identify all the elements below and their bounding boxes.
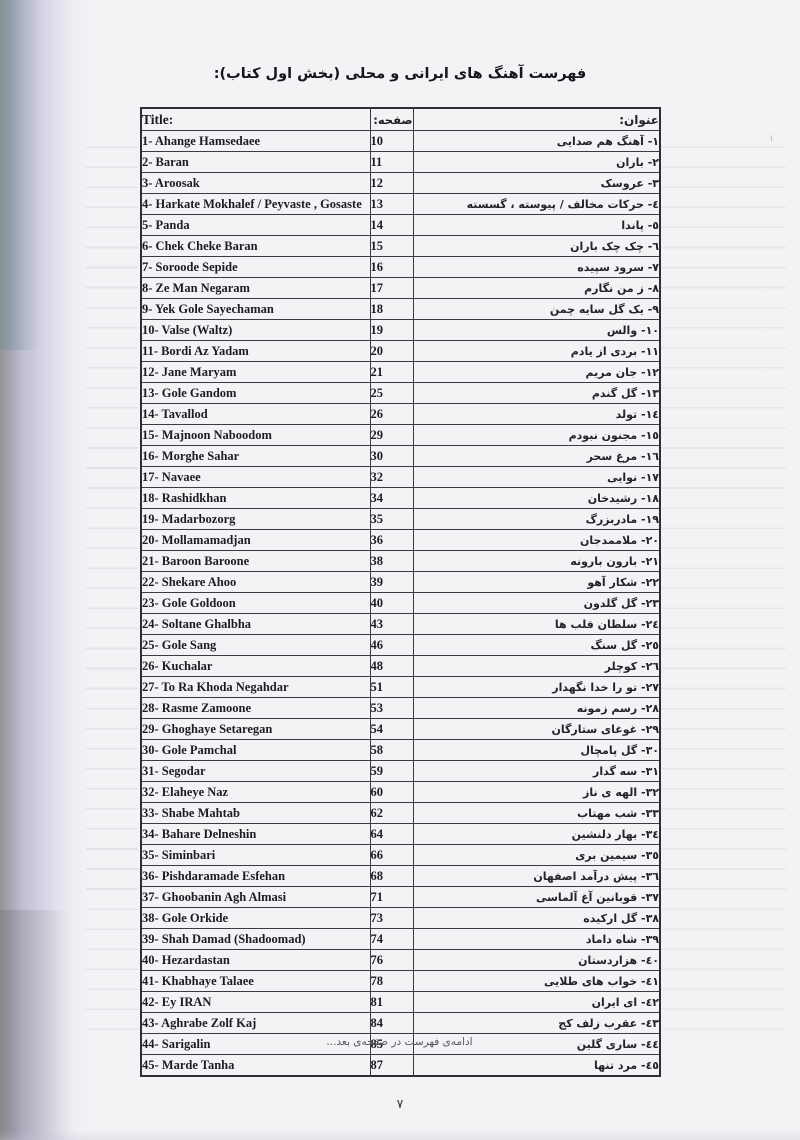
- song-page-number: 14: [370, 215, 413, 236]
- song-page-number: 73: [370, 908, 413, 929]
- song-title-en: 8- Ze Man Negaram: [141, 278, 370, 299]
- song-title-fa: ٢- باران: [413, 152, 660, 173]
- song-page-number: 35: [370, 509, 413, 530]
- song-title-fa: ١- آهنگ هم صدایی: [413, 131, 660, 152]
- table-row: 7- Soroode Sepide16٧- سرود سپیده: [141, 257, 660, 278]
- song-title-en: 18- Rashidkhan: [141, 488, 370, 509]
- table-row: 8- Ze Man Negaram17٨- ز من نگارم: [141, 278, 660, 299]
- song-title-en: 1- Ahange Hamsedaee: [141, 131, 370, 152]
- song-page-number: 17: [370, 278, 413, 299]
- scanned-book-page: { "page": { "heading": "فهرست آهنگ های ا…: [0, 0, 800, 1140]
- song-page-number: 18: [370, 299, 413, 320]
- song-title-en: 39- Shah Damad (Shadoomad): [141, 929, 370, 950]
- table-row: 9- Yek Gole Sayechaman18٩- یک گل سایه چم…: [141, 299, 660, 320]
- table-row: 15- Majnoon Naboodom29١٥- مجنون نبودم: [141, 425, 660, 446]
- song-page-number: 48: [370, 656, 413, 677]
- song-page-number: 66: [370, 845, 413, 866]
- scan-row-artifact-left: [86, 128, 138, 1030]
- table-row: 33- Shabe Mahtab62٣٣- شب مهتاب: [141, 803, 660, 824]
- table-row: 24- Soltane Ghalbha43٢٤- سلطان قلب ها: [141, 614, 660, 635]
- song-title-en: 12- Jane Maryam: [141, 362, 370, 383]
- song-title-en: 33- Shabe Mahtab: [141, 803, 370, 824]
- song-title-fa: ٤- حرکات مخالف / پیوسته ، گسسته: [413, 194, 660, 215]
- song-page-number: 74: [370, 929, 413, 950]
- song-title-en: 5- Panda: [141, 215, 370, 236]
- table-header-row: Title: صفحه: عنوان:: [141, 108, 660, 131]
- song-page-number: 10: [370, 131, 413, 152]
- song-title-fa: ٣٣- شب مهتاب: [413, 803, 660, 824]
- song-title-fa: ١٩- مادربزرگ: [413, 509, 660, 530]
- song-page-number: 54: [370, 719, 413, 740]
- song-title-en: 42- Ey IRAN: [141, 992, 370, 1013]
- song-page-number: 58: [370, 740, 413, 761]
- table-row: 16- Morghe Sahar30١٦- مرغ سحر: [141, 446, 660, 467]
- song-title-en: 35- Siminbari: [141, 845, 370, 866]
- table-row: 41- Khabhaye Talaee78٤١- خواب های طلایی: [141, 971, 660, 992]
- song-title-fa: ٤٣- عقرب زلف کج: [413, 1013, 660, 1034]
- song-title-fa: ٣٤- بهار دلنشین: [413, 824, 660, 845]
- song-title-en: 37- Ghoobanin Agh Almasi: [141, 887, 370, 908]
- table-row: 29- Ghoghaye Setaregan54٢٩- غوغای ستارگا…: [141, 719, 660, 740]
- page-heading: فهرست آهنگ های ایرانی و محلی (بخش اول کت…: [0, 66, 800, 82]
- song-page-number: 16: [370, 257, 413, 278]
- song-title-fa: ٢٨- رسم زمونه: [413, 698, 660, 719]
- song-page-number: 53: [370, 698, 413, 719]
- song-title-fa: ١٥- مجنون نبودم: [413, 425, 660, 446]
- song-title-en: 40- Hezardastan: [141, 950, 370, 971]
- song-page-number: 64: [370, 824, 413, 845]
- table-row: 11- Bordi Az Yadam20١١- بردی از یادم: [141, 341, 660, 362]
- table-row: 10- Valse (Waltz)19١٠- والس: [141, 320, 660, 341]
- song-page-number: 78: [370, 971, 413, 992]
- song-title-fa: ٧- سرود سپیده: [413, 257, 660, 278]
- scan-bottom-edge: [0, 1130, 800, 1140]
- song-title-en: 14- Tavallod: [141, 404, 370, 425]
- song-title-en: 25- Gole Sang: [141, 635, 370, 656]
- table-row: 26- Kuchalar48٢٦- کوچلر: [141, 656, 660, 677]
- song-index-table: Title: صفحه: عنوان: 1- Ahange Hamsedaee1…: [140, 107, 661, 1077]
- song-title-fa: ٣- عروسک: [413, 173, 660, 194]
- scan-stray-mark: ۱: [769, 134, 774, 144]
- table-row: 30- Gole Pamchal58٣٠- گل پامچال: [141, 740, 660, 761]
- song-title-fa: ٣٢- الهه ی ناز: [413, 782, 660, 803]
- table-row: 28- Rasme Zamoone53٢٨- رسم زمونه: [141, 698, 660, 719]
- song-page-number: 15: [370, 236, 413, 257]
- song-title-fa: ٣٩- شاه داماد: [413, 929, 660, 950]
- song-title-fa: ١١- بردی از یادم: [413, 341, 660, 362]
- table-row: 32- Elaheye Naz60٣٢- الهه ی ناز: [141, 782, 660, 803]
- song-title-en: 11- Bordi Az Yadam: [141, 341, 370, 362]
- song-page-number: 76: [370, 950, 413, 971]
- song-title-en: 27- To Ra Khoda Negahdar: [141, 677, 370, 698]
- song-title-en: 7- Soroode Sepide: [141, 257, 370, 278]
- table-row: 25- Gole Sang46٢٥- گل سنگ: [141, 635, 660, 656]
- song-title-fa: ١٣- گل گندم: [413, 383, 660, 404]
- table-row: 42- Ey IRAN81٤٢- ای ایران: [141, 992, 660, 1013]
- song-page-number: 12: [370, 173, 413, 194]
- table-row: 1- Ahange Hamsedaee10١- آهنگ هم صدایی: [141, 131, 660, 152]
- song-title-fa: ١٤- تولد: [413, 404, 660, 425]
- song-title-fa: ٢١- بارون بارونه: [413, 551, 660, 572]
- song-title-fa: ٢٢- شکار آهو: [413, 572, 660, 593]
- song-title-en: 43- Aghrabe Zolf Kaj: [141, 1013, 370, 1034]
- table-row: 23- Gole Goldoon40٢٣- گل گلدون: [141, 593, 660, 614]
- song-title-en: 13- Gole Gandom: [141, 383, 370, 404]
- scan-row-artifact-right: [661, 128, 786, 1030]
- song-title-en: 26- Kuchalar: [141, 656, 370, 677]
- song-table-body: 1- Ahange Hamsedaee10١- آهنگ هم صدایی2- …: [141, 131, 660, 1077]
- song-title-en: 30- Gole Pamchal: [141, 740, 370, 761]
- song-title-en: 10- Valse (Waltz): [141, 320, 370, 341]
- song-page-number: 62: [370, 803, 413, 824]
- table-row: 20- Mollamamadjan36٢٠- ملاممدجان: [141, 530, 660, 551]
- song-title-en: 23- Gole Goldoon: [141, 593, 370, 614]
- song-title-en: 2- Baran: [141, 152, 370, 173]
- song-title-fa: ٤٠- هزاردستان: [413, 950, 660, 971]
- song-page-number: 40: [370, 593, 413, 614]
- song-title-en: 20- Mollamamadjan: [141, 530, 370, 551]
- song-title-fa: ٣١- سه گدار: [413, 761, 660, 782]
- song-title-fa: ٢٧- تو را خدا نگهدار: [413, 677, 660, 698]
- song-page-number: 43: [370, 614, 413, 635]
- song-page-number: 26: [370, 404, 413, 425]
- song-page-number: 60: [370, 782, 413, 803]
- song-title-en: 45- Marde Tanha: [141, 1055, 370, 1077]
- table-row: 6- Chek Cheke Baran15٦- چک چک باران: [141, 236, 660, 257]
- song-title-fa: ٤١- خواب های طلایی: [413, 971, 660, 992]
- song-title-fa: ٢٤- سلطان قلب ها: [413, 614, 660, 635]
- song-title-en: 19- Madarbozorg: [141, 509, 370, 530]
- song-title-fa: ٦- چک چک باران: [413, 236, 660, 257]
- song-title-fa: ٣٨- گل ارکیده: [413, 908, 660, 929]
- song-title-fa: ٨- ز من نگارم: [413, 278, 660, 299]
- song-page-number: 21: [370, 362, 413, 383]
- song-title-fa: ٣٧- قوبانین آغ آلماسی: [413, 887, 660, 908]
- table-row: 34- Bahare Delneshin64٣٤- بهار دلنشین: [141, 824, 660, 845]
- table-row: 43- Aghrabe Zolf Kaj84٤٣- عقرب زلف کج: [141, 1013, 660, 1034]
- song-page-number: 25: [370, 383, 413, 404]
- song-title-en: 36- Pishdaramade Esfehan: [141, 866, 370, 887]
- song-title-fa: ٤٥- مرد تنها: [413, 1055, 660, 1077]
- table-row: 21- Baroon Baroone38٢١- بارون بارونه: [141, 551, 660, 572]
- song-title-fa: ٥- پاندا: [413, 215, 660, 236]
- song-title-fa: ٢٠- ملاممدجان: [413, 530, 660, 551]
- song-title-fa: ٣٠- گل پامچال: [413, 740, 660, 761]
- song-page-number: 13: [370, 194, 413, 215]
- song-title-en: 4- Harkate Mokhalef / Peyvaste , Gosaste: [141, 194, 370, 215]
- song-title-en: 3- Aroosak: [141, 173, 370, 194]
- song-title-en: 41- Khabhaye Talaee: [141, 971, 370, 992]
- song-page-number: 38: [370, 551, 413, 572]
- song-title-fa: ١٧- نوایی: [413, 467, 660, 488]
- footer-note: ادامه‌ی فهرست در صفحه‌ی بعد...: [140, 1036, 659, 1048]
- song-page-number: 68: [370, 866, 413, 887]
- song-title-en: 21- Baroon Baroone: [141, 551, 370, 572]
- table-row: 37- Ghoobanin Agh Almasi71٣٧- قوبانین آغ…: [141, 887, 660, 908]
- song-page-number: 32: [370, 467, 413, 488]
- table-row: 3- Aroosak12٣- عروسک: [141, 173, 660, 194]
- table-row: 40- Hezardastan76٤٠- هزاردستان: [141, 950, 660, 971]
- song-title-fa: ١٠- والس: [413, 320, 660, 341]
- song-page-number: 59: [370, 761, 413, 782]
- song-page-number: 87: [370, 1055, 413, 1077]
- column-header-title-fa: عنوان:: [413, 108, 660, 131]
- table-row: 38- Gole Orkide73٣٨- گل ارکیده: [141, 908, 660, 929]
- song-page-number: 51: [370, 677, 413, 698]
- table-row: 17- Navaee32١٧- نوایی: [141, 467, 660, 488]
- song-title-en: 17- Navaee: [141, 467, 370, 488]
- table-row: 27- To Ra Khoda Negahdar51٢٧- تو را خدا …: [141, 677, 660, 698]
- song-page-number: 11: [370, 152, 413, 173]
- table-row: 5- Panda14٥- پاندا: [141, 215, 660, 236]
- song-title-en: 24- Soltane Ghalbha: [141, 614, 370, 635]
- song-title-fa: ٣٥- سیمین بری: [413, 845, 660, 866]
- song-title-en: 22- Shekare Ahoo: [141, 572, 370, 593]
- song-page-number: 84: [370, 1013, 413, 1034]
- table-row: 22- Shekare Ahoo39٢٢- شکار آهو: [141, 572, 660, 593]
- table-row: 45- Marde Tanha87٤٥- مرد تنها: [141, 1055, 660, 1077]
- song-page-number: 71: [370, 887, 413, 908]
- song-page-number: 20: [370, 341, 413, 362]
- song-title-en: 31- Segodar: [141, 761, 370, 782]
- table-row: 19- Madarbozorg35١٩- مادربزرگ: [141, 509, 660, 530]
- song-page-number: 39: [370, 572, 413, 593]
- song-title-fa: ٩- یک گل سایه چمن: [413, 299, 660, 320]
- song-title-en: 34- Bahare Delneshin: [141, 824, 370, 845]
- song-title-fa: ٣٦- پیش درآمد اصفهان: [413, 866, 660, 887]
- song-title-en: 32- Elaheye Naz: [141, 782, 370, 803]
- song-title-en: 28- Rasme Zamoone: [141, 698, 370, 719]
- page-number: ۷: [0, 1096, 800, 1111]
- song-page-number: 19: [370, 320, 413, 341]
- song-page-number: 46: [370, 635, 413, 656]
- song-title-en: 29- Ghoghaye Setaregan: [141, 719, 370, 740]
- song-page-number: 81: [370, 992, 413, 1013]
- song-title-fa: ١٢- جان مریم: [413, 362, 660, 383]
- column-header-title-en: Title:: [141, 108, 370, 131]
- table-row: 35- Siminbari66٣٥- سیمین بری: [141, 845, 660, 866]
- song-page-number: 29: [370, 425, 413, 446]
- song-title-en: 16- Morghe Sahar: [141, 446, 370, 467]
- song-title-fa: ٢٣- گل گلدون: [413, 593, 660, 614]
- scan-corner-shadow: [0, 0, 40, 350]
- table-row: 36- Pishdaramade Esfehan68٣٦- پیش درآمد …: [141, 866, 660, 887]
- song-title-fa: ٤٢- ای ایران: [413, 992, 660, 1013]
- table-row: 31- Segodar59٣١- سه گدار: [141, 761, 660, 782]
- song-page-number: 36: [370, 530, 413, 551]
- column-header-page: صفحه:: [370, 108, 413, 131]
- song-title-en: 38- Gole Orkide: [141, 908, 370, 929]
- song-title-en: 6- Chek Cheke Baran: [141, 236, 370, 257]
- song-title-fa: ٢٥- گل سنگ: [413, 635, 660, 656]
- song-title-fa: ١٦- مرغ سحر: [413, 446, 660, 467]
- table-row: 12- Jane Maryam21١٢- جان مریم: [141, 362, 660, 383]
- song-page-number: 34: [370, 488, 413, 509]
- song-title-en: 9- Yek Gole Sayechaman: [141, 299, 370, 320]
- song-title-fa: ٢٦- کوچلر: [413, 656, 660, 677]
- song-title-fa: ٢٩- غوغای ستارگان: [413, 719, 660, 740]
- song-title-en: 15- Majnoon Naboodom: [141, 425, 370, 446]
- table-row: 39- Shah Damad (Shadoomad)74٣٩- شاه داما…: [141, 929, 660, 950]
- table-row: 13- Gole Gandom25١٣- گل گندم: [141, 383, 660, 404]
- song-title-fa: ١٨- رشیدخان: [413, 488, 660, 509]
- table-row: 2- Baran11٢- باران: [141, 152, 660, 173]
- song-page-number: 30: [370, 446, 413, 467]
- table-row: 14- Tavallod26١٤- تولد: [141, 404, 660, 425]
- table-row: 4- Harkate Mokhalef / Peyvaste , Gosaste…: [141, 194, 660, 215]
- table-row: 18- Rashidkhan34١٨- رشیدخان: [141, 488, 660, 509]
